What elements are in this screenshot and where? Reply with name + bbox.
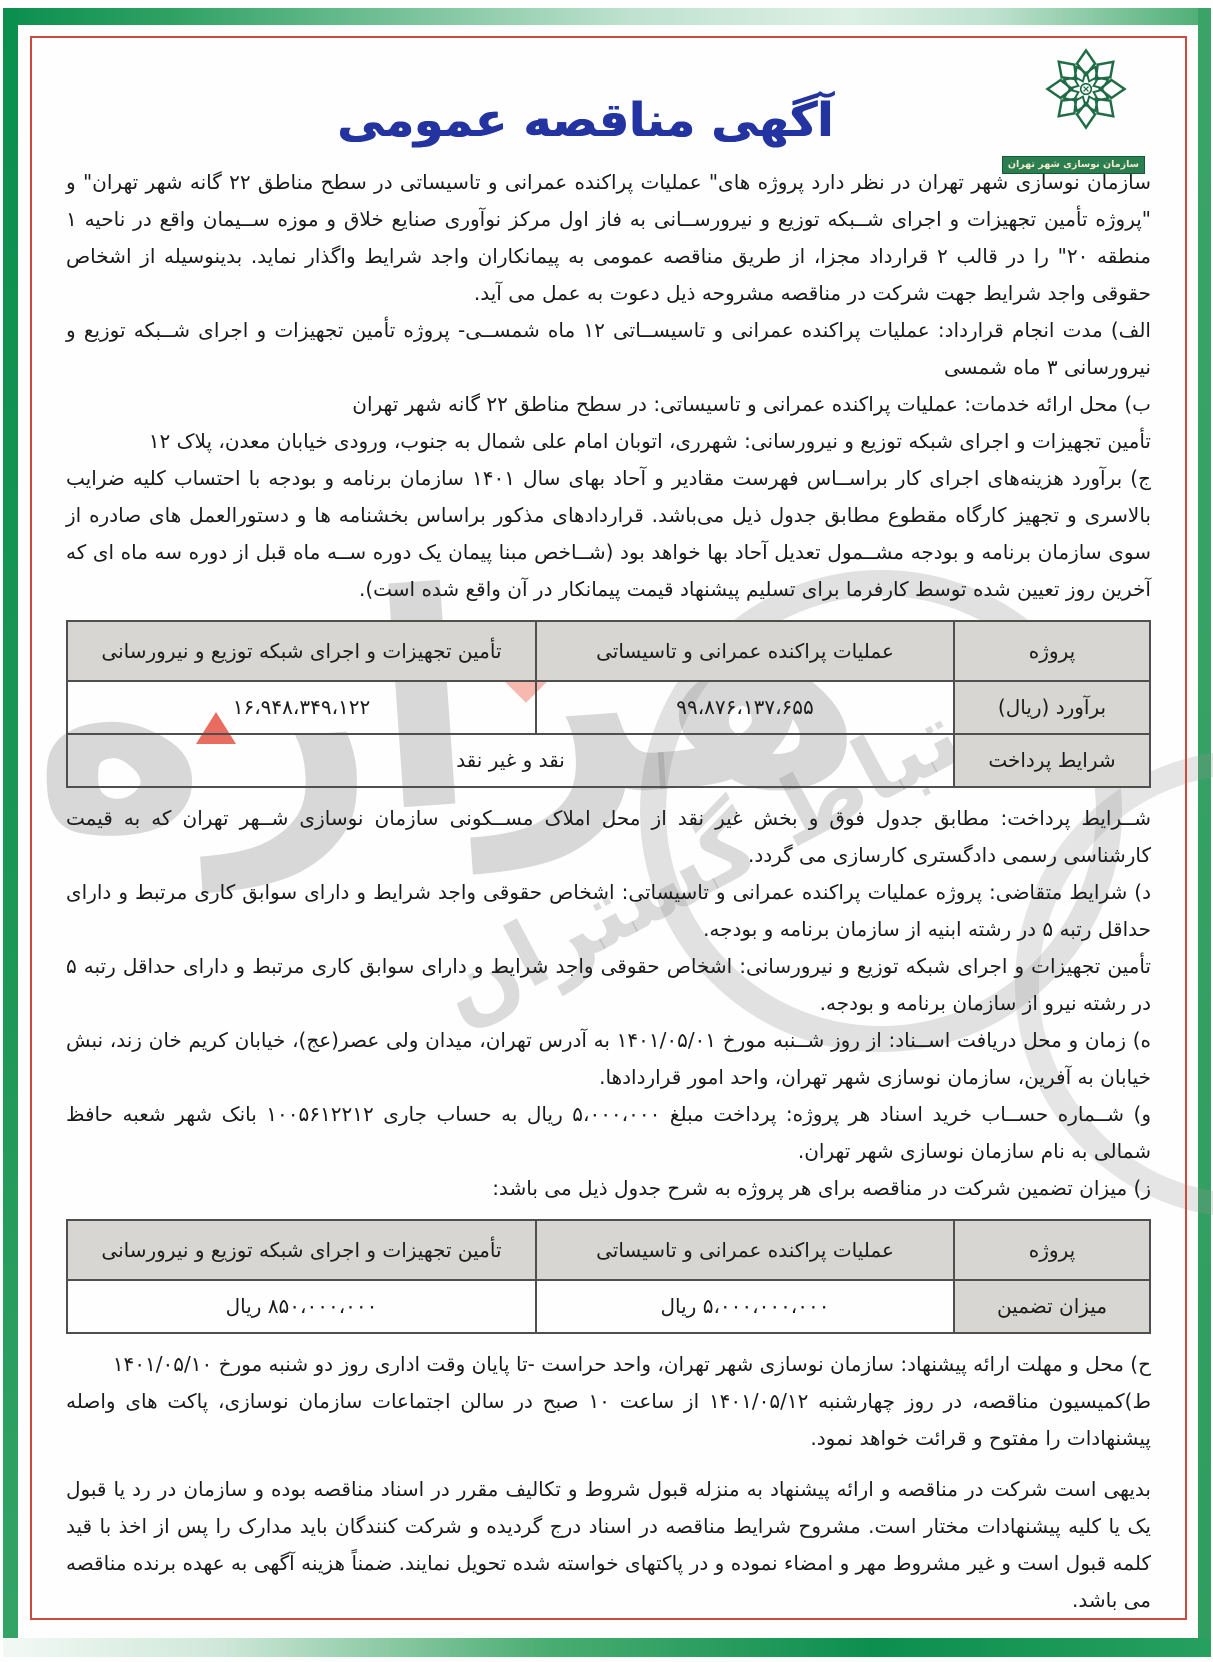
logo-caption: سازمان نوسازی شهر تهران <box>1002 156 1145 174</box>
section-be-service-location: ب) محل ارائه خدمات: عملیات پراکنده عمران… <box>66 386 1151 423</box>
estimate-supply-value: ۱۶،۹۴۸،۳۴۹،۱۲۲ <box>67 681 536 734</box>
document-body: آگهی مناقصه عمومی <box>66 48 1151 1619</box>
table-header-row: پروژه عملیات پراکنده عمرانی و تاسیساتی ت… <box>67 1220 1150 1280</box>
section-ha-proposal-deadline: ح) محل و مهلت ارائه پیشنهاد: سازمان نوسا… <box>66 1346 1151 1383</box>
red-border-frame: آگهی مناقصه عمومی <box>30 36 1187 1620</box>
guarantee-row-label: میزان تضمین <box>954 1280 1150 1333</box>
guarantee-table-header-supply: تأمین تجهیزات و اجرای شبکه توزیع و نیرور… <box>67 1220 536 1280</box>
green-frame-bottom <box>3 1638 1210 1657</box>
guarantee-table-header-project: پروژه <box>954 1220 1150 1280</box>
document-header: آگهی مناقصه عمومی <box>66 48 1151 160</box>
payment-terms-row: شرایط پرداخت نقد و غیر نقد <box>67 734 1150 787</box>
estimate-ops-value: ۹۹،۸۷۶،۱۳۷،۶۵۵ <box>536 681 954 734</box>
section-jim-cost-estimate: ج) برآورد هزینه‌های اجرای کار براســاس ف… <box>66 460 1151 608</box>
intro-paragraph: سازمان نوسازی شهر تهران در نظر دارد پروژ… <box>66 164 1151 312</box>
green-frame-left <box>3 8 18 1657</box>
section-alef-contract-duration: الف) مدت انجام قرارداد: عملیات پراکنده ع… <box>66 312 1151 386</box>
table-header-row: پروژه عملیات پراکنده عمرانی و تاسیساتی ت… <box>67 621 1150 681</box>
section-he-document-pickup: ه) زمان و محل دریافت اســناد: از روز شــ… <box>66 1022 1151 1096</box>
section-vav-account-number: و) شــماره حســاب خرید اسناد هر پروژه: پ… <box>66 1096 1151 1170</box>
page-title: آگهی مناقصه عمومی <box>43 78 1128 165</box>
closing-paragraph: بدیهی است شرکت در مناقصه و ارائه پیشنهاد… <box>66 1471 1151 1619</box>
guarantee-table: پروژه عملیات پراکنده عمرانی و تاسیساتی ت… <box>66 1219 1151 1334</box>
estimate-row-label: برآورد (ریال) <box>954 681 1150 734</box>
section-ze-guarantee-intro: ز) میزان تضمین شرکت در مناقصه برای هر پر… <box>66 1170 1151 1207</box>
estimate-row: برآورد (ریال) ۹۹،۸۷۶،۱۳۷،۶۵۵ ۱۶،۹۴۸،۳۴۹،… <box>67 681 1150 734</box>
municipality-flower-icon <box>1045 48 1127 130</box>
green-frame-right <box>1198 8 1211 1657</box>
estimate-table-header-project: پروژه <box>954 621 1150 681</box>
section-dal-applicant-conditions: د) شرایط متقاضی: پروژه عملیات پراکنده عم… <box>66 874 1151 948</box>
payment-terms-label: شرایط پرداخت <box>954 734 1150 787</box>
payment-terms-paragraph: شــرایط پرداخت: مطابق جدول فوق و بخش غیر… <box>66 800 1151 874</box>
tender-announcement-page: هزاره ارتباط گستران آگهی مناقصه عمومی <box>0 0 1213 1662</box>
estimate-table-header-ops: عملیات پراکنده عمرانی و تاسیساتی <box>536 621 954 681</box>
guarantee-table-header-ops: عملیات پراکنده عمرانی و تاسیساتی <box>536 1220 954 1280</box>
estimate-table-header-supply: تأمین تجهیزات و اجرای شبکه توزیع و نیرور… <box>67 621 536 681</box>
estimate-table: پروژه عملیات پراکنده عمرانی و تاسیساتی ت… <box>66 620 1151 788</box>
section-be-service-location-2: تأمین تجهیزات و اجرای شبکه توزیع و نیرور… <box>66 423 1151 460</box>
guarantee-supply-value: ۸۵۰،۰۰۰،۰۰۰ ریال <box>67 1280 536 1333</box>
organization-logo-block: سازمان نوسازی شهر تهران <box>1027 48 1145 179</box>
payment-terms-value: نقد و غیر نقد <box>67 734 954 787</box>
section-dal-applicant-conditions-2: تأمین تجهیزات و اجرای شبکه توزیع و نیرور… <box>66 948 1151 1022</box>
guarantee-row: میزان تضمین ۵،۰۰۰،۰۰۰،۰۰۰ ریال ۸۵۰،۰۰۰،۰… <box>67 1280 1150 1333</box>
green-frame-top <box>3 8 1210 25</box>
section-ta-commission: ط)کمیسیون مناقصه، در روز چهارشنبه ۱۴۰۱/۰… <box>66 1383 1151 1457</box>
guarantee-ops-value: ۵،۰۰۰،۰۰۰،۰۰۰ ریال <box>536 1280 954 1333</box>
